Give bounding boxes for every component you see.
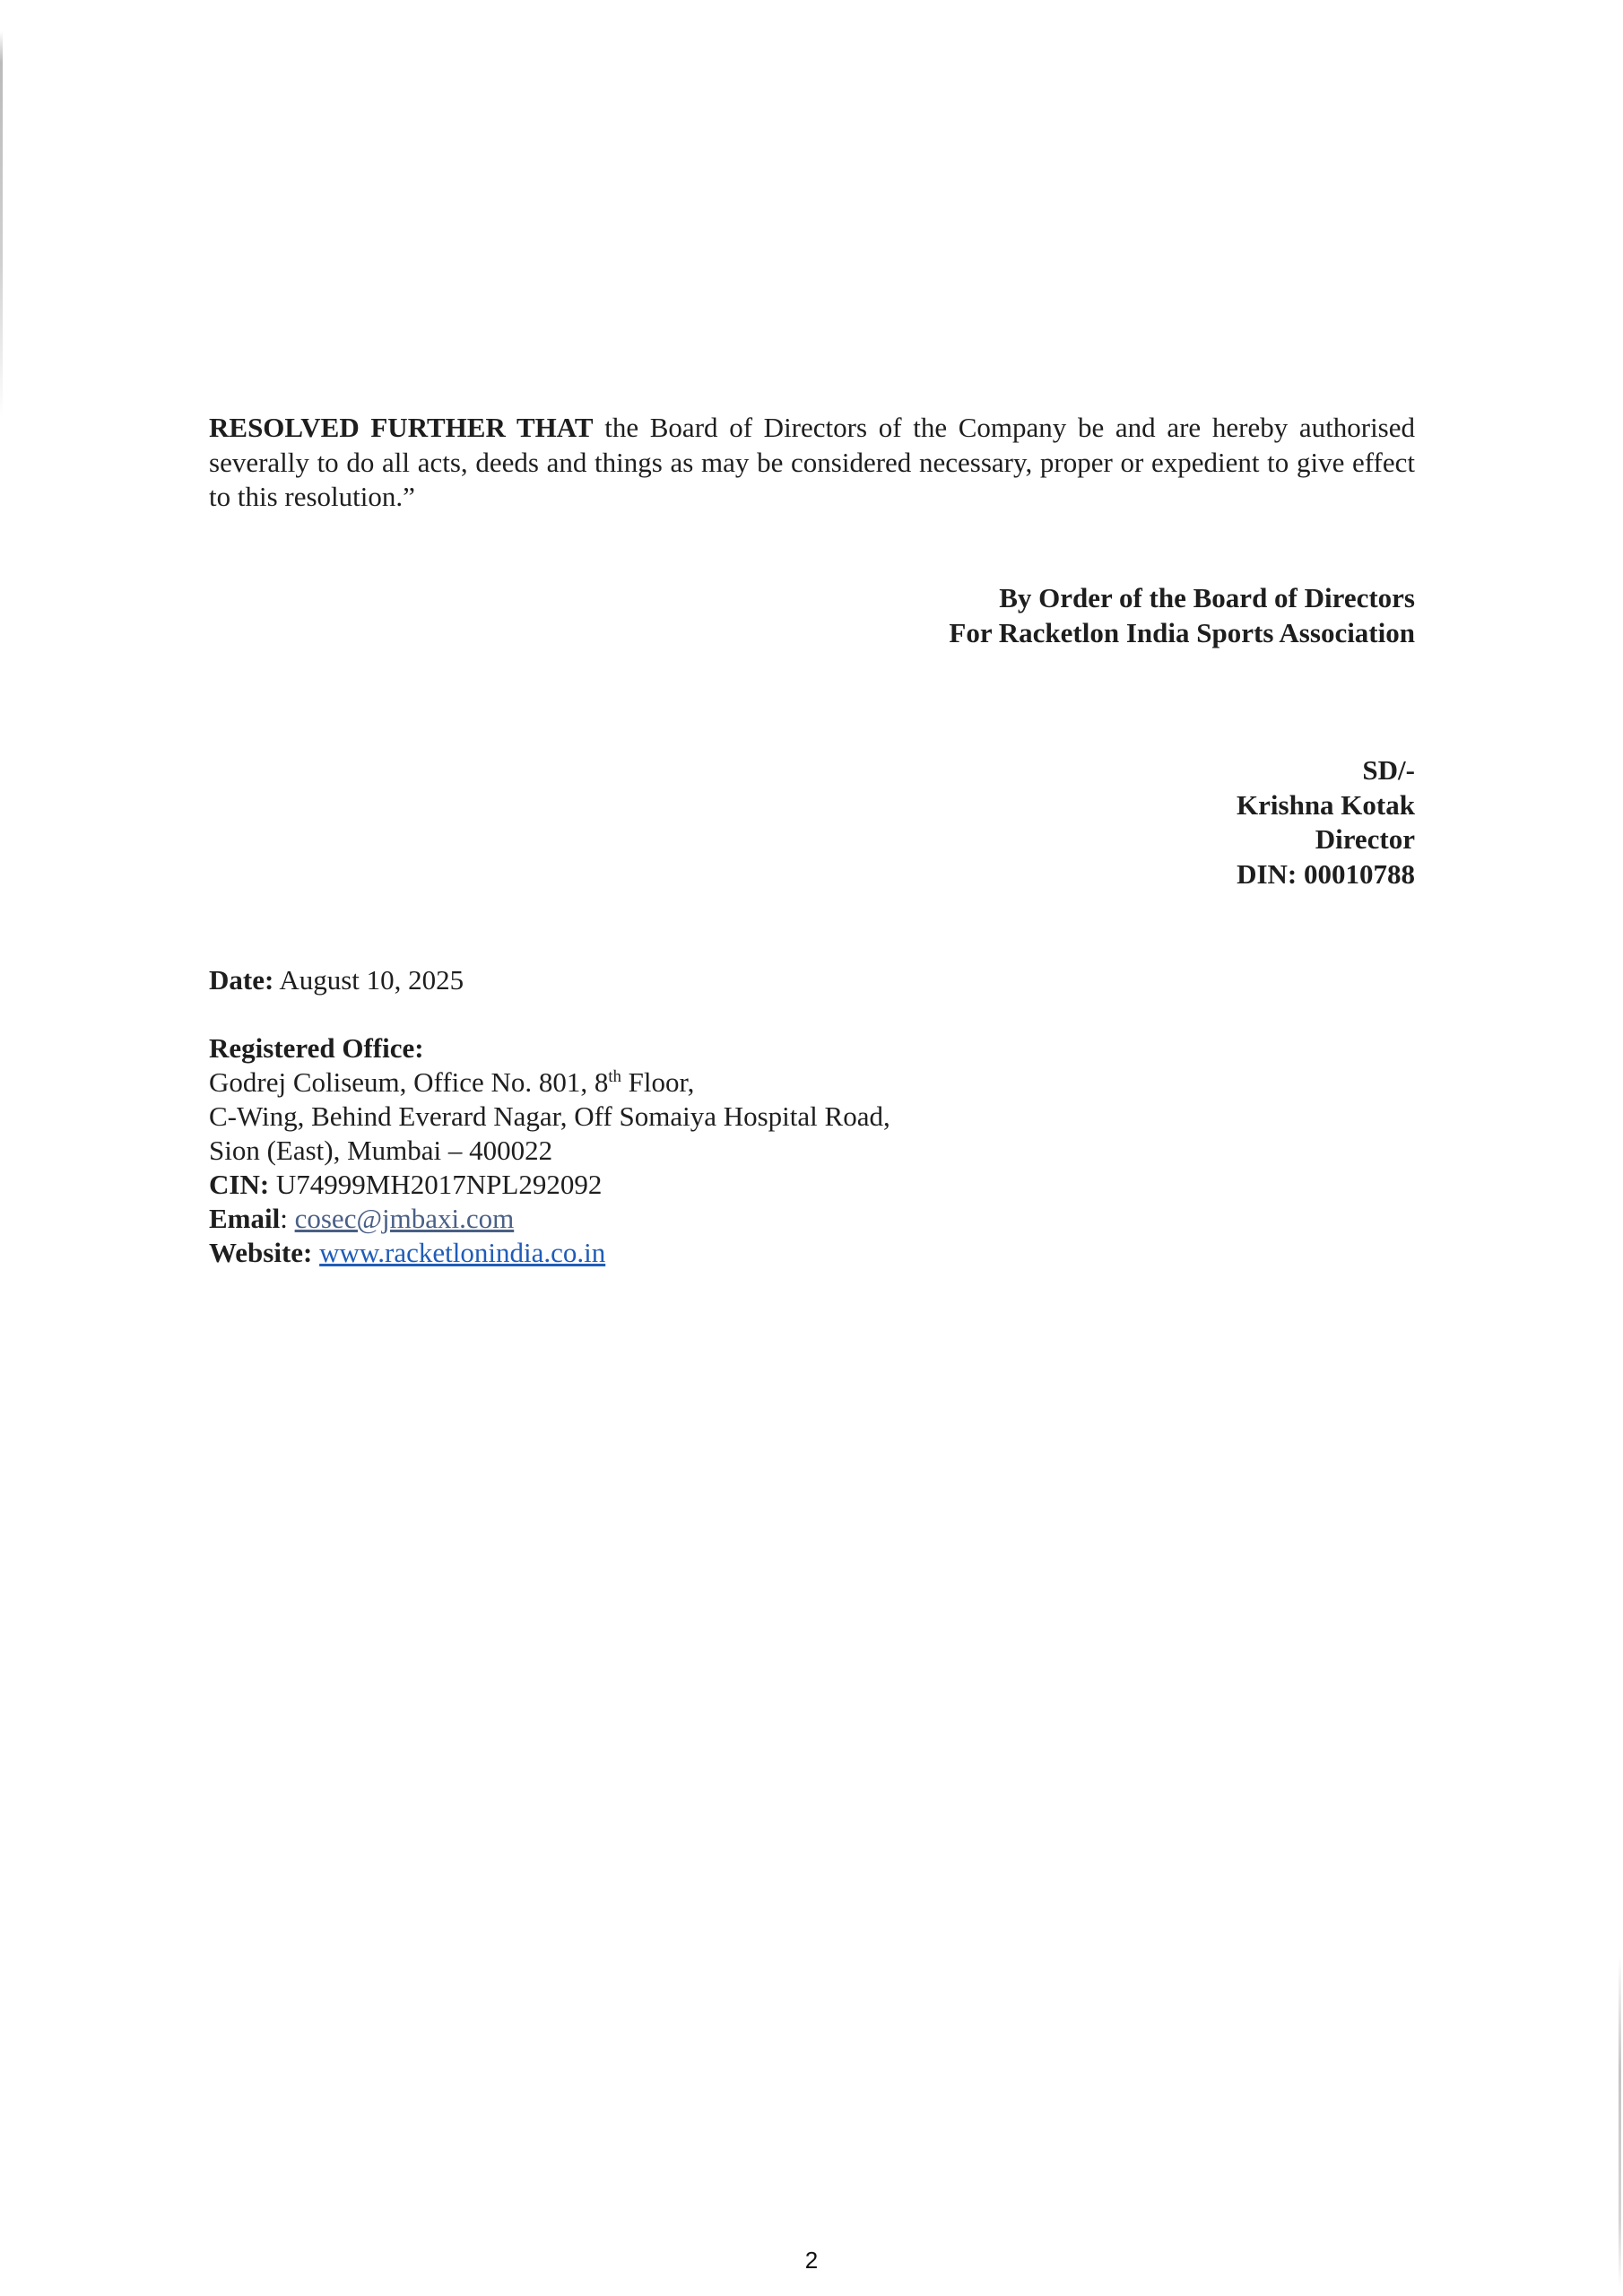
address-line-2: C-Wing, Behind Everard Nagar, Off Somaiy… (209, 1100, 890, 1134)
signature-mark: SD/- (1237, 753, 1415, 788)
website-link[interactable]: www.racketlonindia.co.in (319, 1237, 605, 1268)
date-value: August 10, 2025 (273, 964, 464, 996)
cin-line: CIN: U74999MH2017NPL292092 (209, 1168, 890, 1202)
cin-value: U74999MH2017NPL292092 (269, 1169, 602, 1200)
resolution-lead: RESOLVED FURTHER THAT (209, 412, 594, 443)
date-line: Date: August 10, 2025 (209, 963, 464, 998)
email-link[interactable]: cosec@jmbaxi.com (295, 1203, 515, 1234)
website-line: Website: www.racketlonindia.co.in (209, 1236, 890, 1270)
signatory-name: Krishna Kotak (1237, 788, 1415, 823)
email-label: Email (209, 1203, 280, 1234)
address-line-1-text: Godrej Coliseum, Office No. 801, 8 (209, 1066, 608, 1098)
email-separator: : (280, 1203, 294, 1234)
signatory-block: SD/- Krishna Kotak Director DIN: 0001078… (1237, 753, 1415, 891)
address-line-3: Sion (East), Mumbai – 400022 (209, 1134, 890, 1168)
signatory-din: DIN: 00010788 (1237, 857, 1415, 892)
cin-label: CIN: (209, 1169, 269, 1200)
scan-edge-artifact-right (1619, 1955, 1621, 2287)
registered-office-block: Registered Office: Godrej Coliseum, Offi… (209, 1031, 890, 1270)
ordinal-suffix: th (608, 1067, 621, 1086)
signatory-designation: Director (1237, 822, 1415, 857)
page-number: 2 (0, 2247, 1623, 2274)
registered-office-heading: Registered Office: (209, 1031, 890, 1065)
address-line-1: Godrej Coliseum, Office No. 801, 8th Flo… (209, 1065, 890, 1100)
signoff-block: By Order of the Board of Directors For R… (949, 581, 1415, 650)
resolution-paragraph: RESOLVED FURTHER THAT the Board of Direc… (209, 411, 1415, 515)
website-label: Website: (209, 1237, 312, 1268)
signoff-line-board: By Order of the Board of Directors (949, 581, 1415, 616)
address-line-1-tail: Floor, (621, 1066, 694, 1098)
website-separator (312, 1237, 319, 1268)
date-label: Date: (209, 964, 273, 996)
signoff-line-company: For Racketlon India Sports Association (949, 616, 1415, 651)
email-line: Email: cosec@jmbaxi.com (209, 1202, 890, 1236)
scan-edge-artifact-left (0, 31, 3, 417)
